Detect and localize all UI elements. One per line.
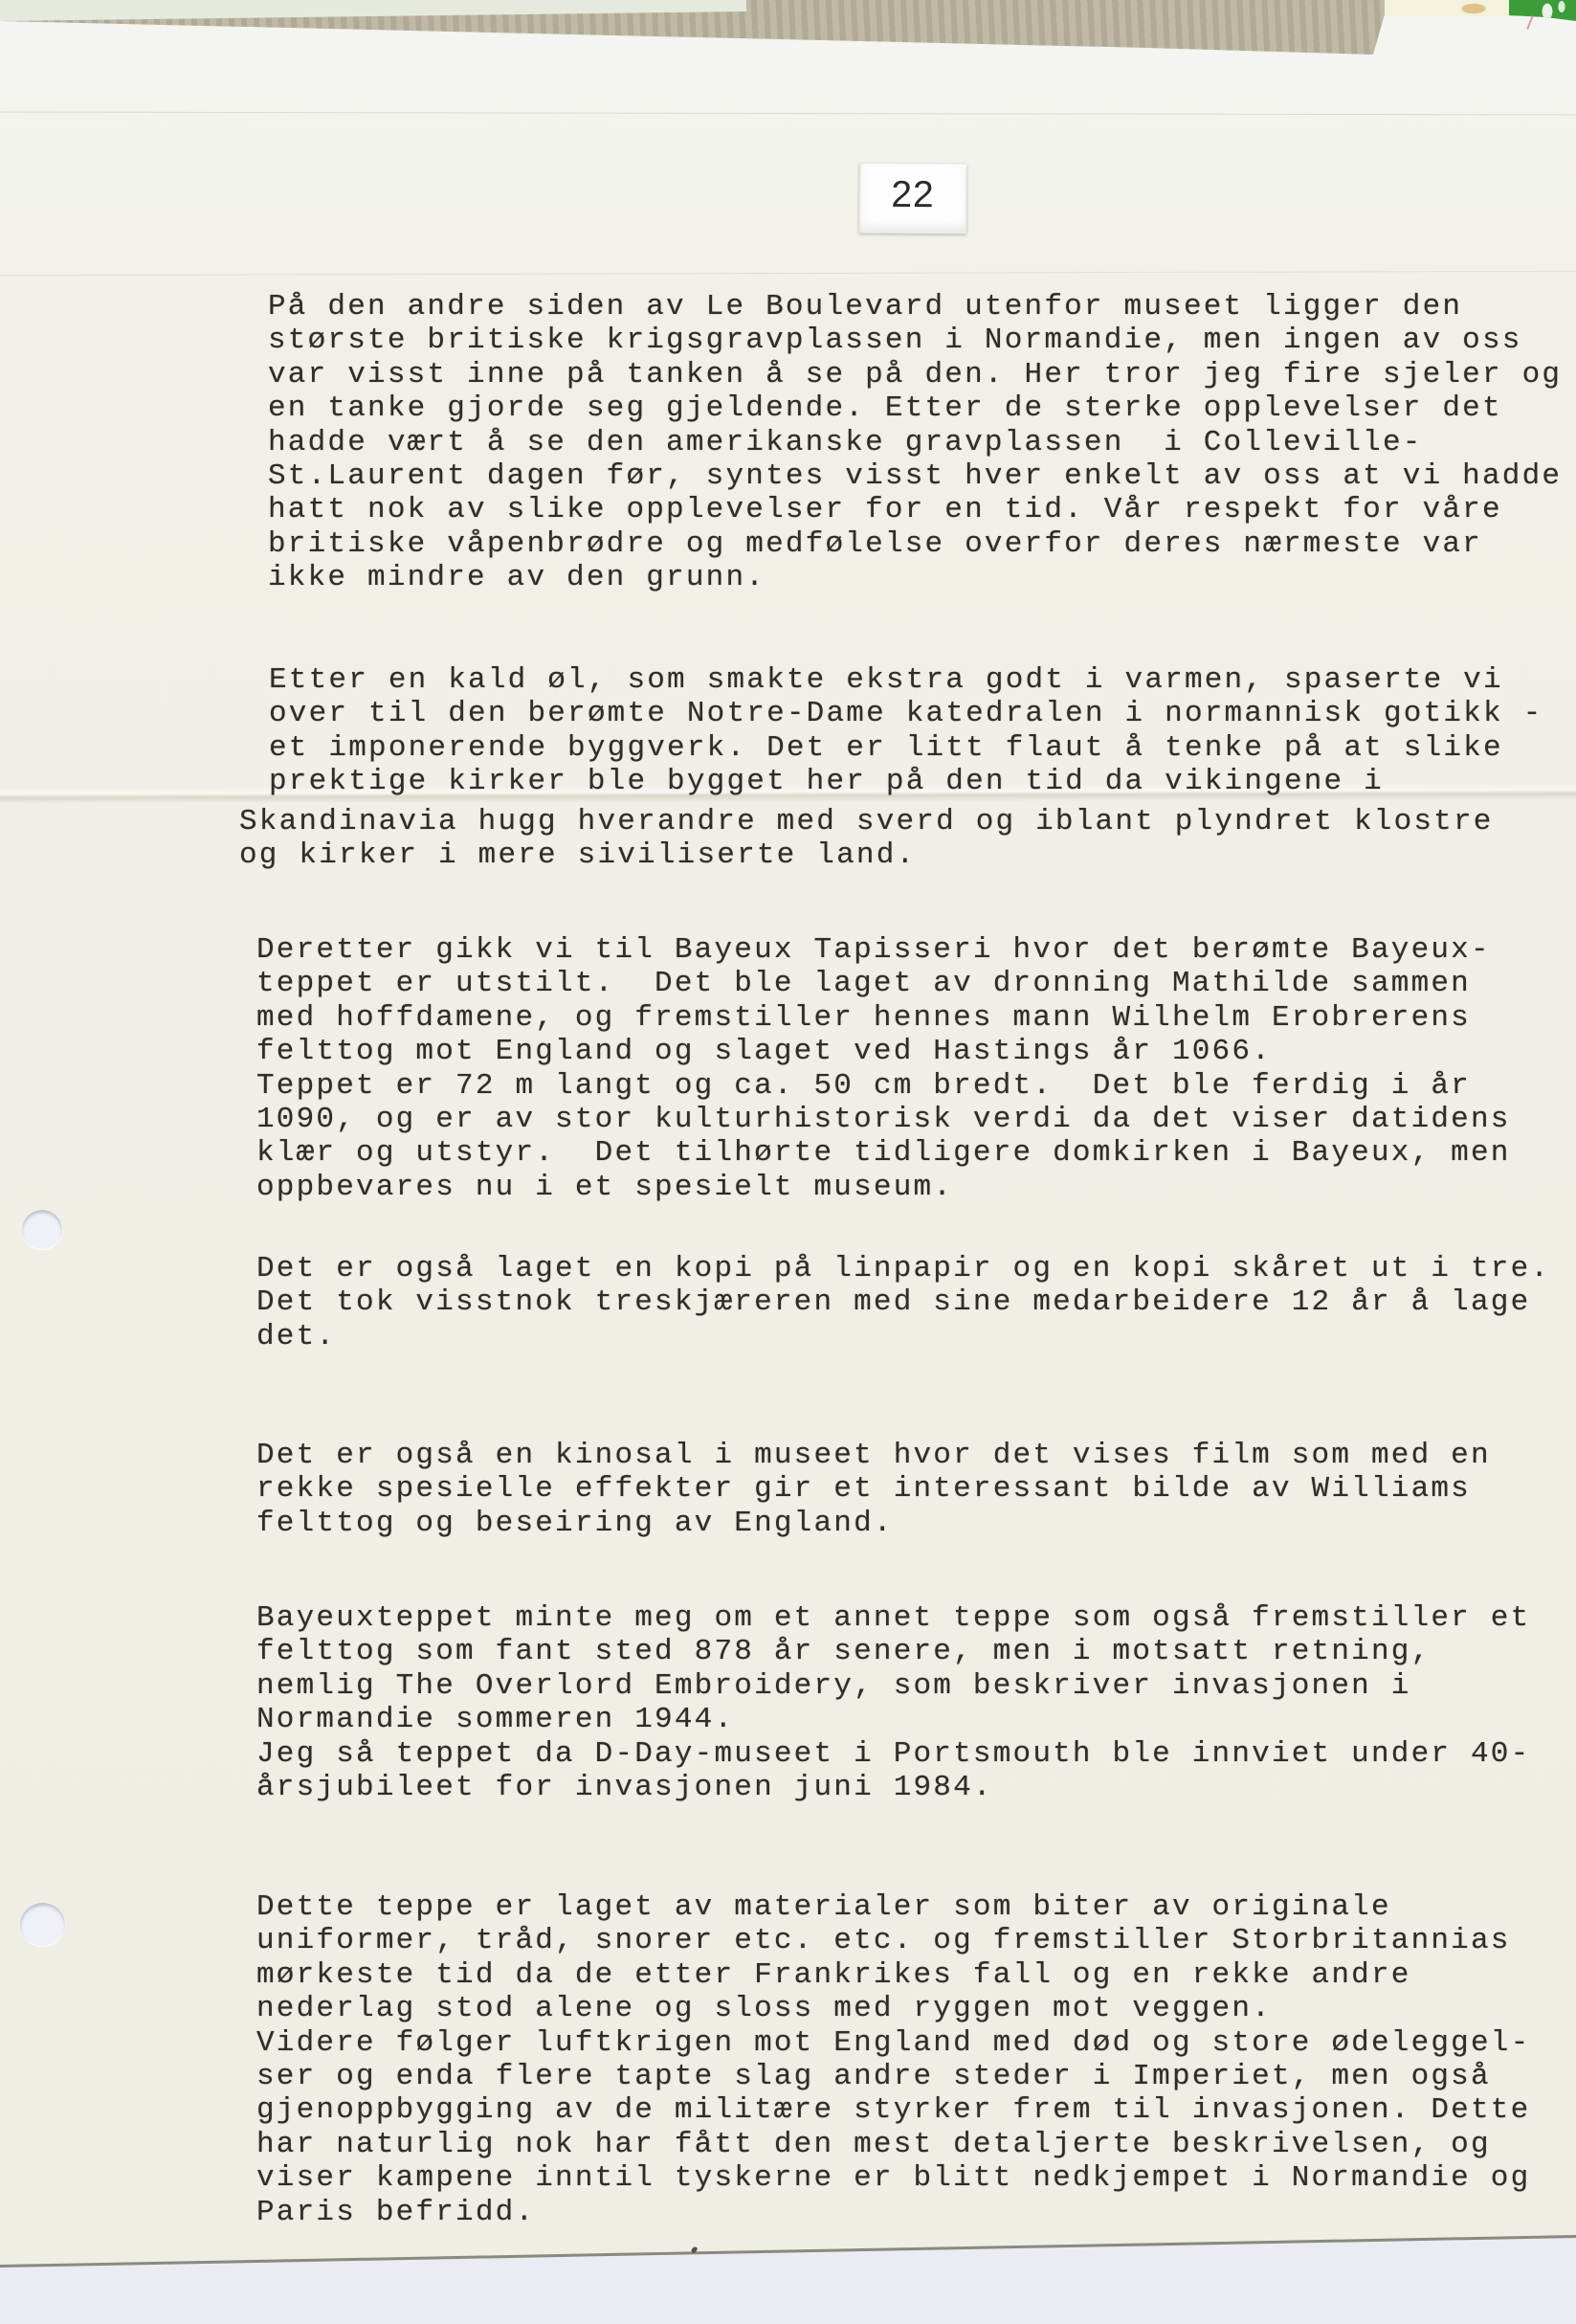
- paragraph: Dette teppe er laget av materialer som b…: [256, 1890, 1530, 2229]
- text-line: Det er også laget en kopi på linpapir og…: [256, 1252, 1550, 1285]
- text-line: nemlig The Overlord Embroidery, som besk…: [256, 1669, 1530, 1703]
- text-line: felttog og beseiring av England.: [256, 1507, 1491, 1540]
- text-line: Teppet er 72 m langt og ca. 50 cm bredt.…: [256, 1069, 1511, 1103]
- paragraph: Etter en kald øl, som smakte ekstra godt…: [269, 663, 1543, 799]
- text-line: Skandinavia hugg hverandre med sverd og …: [239, 805, 1494, 838]
- text-line: største britiske krigsgravplassen i Norm…: [268, 324, 1562, 357]
- paragraph: På den andre siden av Le Boulevard utenf…: [268, 290, 1562, 595]
- text-line: en tanke gjorde seg gjeldende. Etter de …: [268, 391, 1562, 425]
- text-line: Paris befridd.: [256, 2196, 1530, 2229]
- text-line: Deretter gikk vi til Bayeux Tapisseri hv…: [256, 933, 1511, 967]
- text-line: hadde vært å se den amerikanske gravplas…: [268, 426, 1562, 459]
- text-line: gjenoppbygging av de militære styrker fr…: [256, 2093, 1530, 2127]
- text-line: viser kampene inntil tyskerne er blitt n…: [256, 2161, 1530, 2195]
- text-line: oppbevares nu i et spesielt museum.: [256, 1171, 1511, 1204]
- text-line: Dette teppe er laget av materialer som b…: [256, 1890, 1530, 1924]
- text-line: med hoffdamene, og fremstiller hennes ma…: [256, 1001, 1511, 1035]
- text-line: britiske våpenbrødre og medfølelse overf…: [268, 527, 1562, 561]
- text-line: over til den berømte Notre-Dame katedral…: [269, 697, 1543, 730]
- text-line: var visst inne på tanken å se på den. He…: [268, 358, 1562, 391]
- paragraph: Bayeuxteppet minte meg om et annet teppe…: [256, 1601, 1530, 1804]
- scanned-document-screenshot: { "page": { "number_label": "22" }, "col…: [0, 0, 1576, 2324]
- text-line: årsjubileet for invasjonen juni 1984.: [256, 1771, 1530, 1804]
- text-line: 1090, og er av stor kulturhistorisk verd…: [256, 1103, 1511, 1136]
- text-line: rekke spesielle effekter gir et interess…: [256, 1472, 1491, 1506]
- text-line: og kirker i mere siviliserte land.: [239, 838, 1494, 872]
- text-line: ikke mindre av den grunn.: [268, 561, 1562, 594]
- text-line: har naturlig nok har fått den mest detal…: [256, 2128, 1530, 2161]
- paragraph: Det er også laget en kopi på linpapir og…: [256, 1252, 1550, 1353]
- paragraph: Deretter gikk vi til Bayeux Tapisseri hv…: [256, 933, 1511, 1204]
- text-line: Det er også en kinosal i museet hvor det…: [256, 1439, 1491, 1472]
- text-line: et imponerende byggverk. Det er litt fla…: [269, 731, 1543, 765]
- text-line: mørkeste tid da de etter Frankrikes fall…: [256, 1958, 1530, 1992]
- text-line: Normandie sommeren 1944.: [256, 1703, 1530, 1736]
- text-line: Videre følger luftkrigen mot England med…: [256, 2026, 1530, 2060]
- text-line: teppet er utstilt. Det ble laget av dron…: [256, 967, 1511, 1000]
- text-line: På den andre siden av Le Boulevard utenf…: [268, 290, 1562, 324]
- text-line: Bayeuxteppet minte meg om et annet teppe…: [256, 1601, 1530, 1635]
- text-line: Jeg så teppet da D-Day-museet i Portsmou…: [256, 1737, 1530, 1771]
- text-line: klær og utstyr. Det tilhørte tidligere d…: [256, 1136, 1511, 1170]
- text-line: St.Laurent dagen før, syntes visst hver …: [268, 459, 1562, 493]
- text-line: Etter en kald øl, som smakte ekstra godt…: [269, 663, 1543, 697]
- text-line: Det tok visstnok treskjæreren med sine m…: [256, 1285, 1550, 1319]
- hole-punch-upper: [22, 1210, 62, 1250]
- paragraph: Skandinavia hugg hverandre med sverd og …: [239, 805, 1494, 873]
- text-line: uniformer, tråd, snorer etc. etc. og fre…: [256, 1924, 1530, 1957]
- text-line: ser og enda flere tapte slag andre stede…: [256, 2060, 1530, 2093]
- typewritten-text: På den andre siden av Le Boulevard utenf…: [0, 0, 1576, 2324]
- text-line: felttog mot England og slaget ved Hastin…: [256, 1035, 1511, 1068]
- text-line: hatt nok av slike opplevelser for en tid…: [268, 493, 1562, 526]
- paragraph: Det er også en kinosal i museet hvor det…: [256, 1439, 1491, 1540]
- text-line: nederlag stod alene og sloss med ryggen …: [256, 1992, 1530, 2025]
- text-line: prektige kirker ble bygget her på den ti…: [269, 765, 1543, 798]
- text-line: det.: [256, 1320, 1550, 1353]
- text-line: felttog som fant sted 878 år senere, men…: [256, 1635, 1530, 1668]
